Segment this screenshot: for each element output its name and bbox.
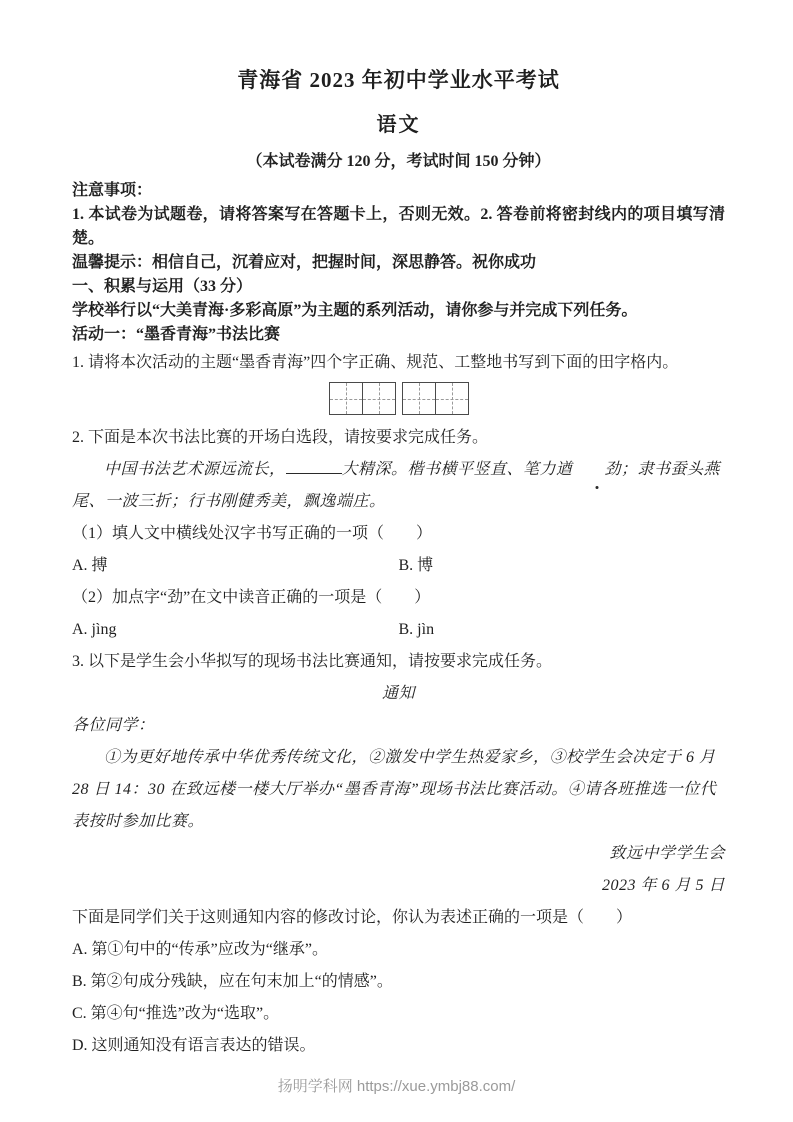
notice-date: 2023 年 6 月 5 日 <box>72 870 725 902</box>
tianzige-cell <box>362 383 395 414</box>
q2-passage: 中国书法艺术源远流长，大精深。楷书横平竖直、笔力遒劲；隶书蚕头燕尾、一波三折；行… <box>72 454 725 518</box>
question-2-sub2-text: （2）加点字“劲”在文中读音正确的一项是（ ） <box>72 582 725 614</box>
notices-heading: 注意事项： <box>72 179 725 203</box>
passage-part2: 大精深。楷书横平竖直、笔力遒 <box>342 461 573 478</box>
passage-part1: 中国书法艺术源远流长， <box>104 461 286 478</box>
exam-paper: 青海省 2023 年初中学业水平考试 语文 （本试卷满分 120 分，考试时间 … <box>0 0 793 1062</box>
tianzige-cell <box>435 383 468 414</box>
notice-title: 通知 <box>72 678 725 710</box>
watermark-footer: 扬明学科网 https://xue.ymbj88.com/ <box>0 1075 793 1096</box>
paper-subject: 语文 <box>72 108 725 137</box>
notice-salutation: 各位同学： <box>72 710 725 742</box>
q2-sub2-option-a: A. jìng <box>72 614 399 646</box>
question-3-option-d: D. 这则通知没有语言表达的错误。 <box>72 1030 725 1062</box>
tianzige-cell <box>330 383 362 414</box>
question-3-option-a: A. 第①句中的“传承”应改为“继承”。 <box>72 934 725 966</box>
question-3-option-b: B. 第②句成分残缺，应在句末加上“的情感”。 <box>72 966 725 998</box>
q2-sub1-options: A. 搏 B. 博 <box>72 550 725 582</box>
tianzige-grid <box>72 382 725 415</box>
paper-info: （本试卷满分 120 分，考试时间 150 分钟） <box>72 148 725 171</box>
tianzige-cell <box>403 383 435 414</box>
notice-signature: 致远中学学生会 <box>72 838 725 870</box>
q2-sub1-option-b: B. 博 <box>399 550 726 582</box>
blank-underline <box>286 459 342 474</box>
q2-sub2-option-b: B. jìn <box>399 614 726 646</box>
question-2-text: 2. 下面是本次书法比赛的开场白选段，请按要求完成任务。 <box>72 422 725 454</box>
passage-emphasized-char: 劲 <box>573 454 622 486</box>
tianzige-group <box>329 382 396 415</box>
question-area: 1. 请将本次活动的主题“墨香青海”四个字正确、规范、工整地书写到下面的田字格内… <box>72 347 725 1062</box>
question-1-text: 1. 请将本次活动的主题“墨香青海”四个字正确、规范、工整地书写到下面的田字格内… <box>72 347 725 379</box>
question-3-question: 下面是同学们关于这则通知内容的修改讨论，你认为表述正确的一项是（ ） <box>72 902 725 934</box>
notice-document: 通知 各位同学： ①为更好地传承中华优秀传统文化，②激发中学生热爱家乡，③校学生… <box>72 678 725 902</box>
tianzige-group <box>402 382 469 415</box>
q2-sub1-option-a: A. 搏 <box>72 550 399 582</box>
paper-title: 青海省 2023 年初中学业水平考试 <box>72 64 725 94</box>
notices-items: 1. 本试卷为试题卷，请将答案写在答题卡上，否则无效。2. 答卷前将密封线内的项… <box>72 203 725 251</box>
q2-sub2-options: A. jìng B. jìn <box>72 614 725 646</box>
question-3-text: 3. 以下是学生会小华拟写的现场书法比赛通知，请按要求完成任务。 <box>72 646 725 678</box>
question-2-sub1-text: （1）填人文中横线处汉字书写正确的一项（ ） <box>72 518 725 550</box>
notices-tip: 温馨提示：相信自己，沉着应对，把握时间，深思静答。祝你成功 <box>72 251 725 275</box>
notice-block: 注意事项： 1. 本试卷为试题卷，请将答案写在答题卡上，否则无效。2. 答卷前将… <box>72 179 725 347</box>
section1-heading: 一、积累与运用（33 分） <box>72 275 725 299</box>
notice-body: ①为更好地传承中华优秀传统文化，②激发中学生热爱家乡，③校学生会决定于 6 月 … <box>72 742 725 838</box>
question-3-option-c: C. 第④句“推选”改为“选取”。 <box>72 998 725 1030</box>
section1-activity: 活动一：“墨香青海”书法比赛 <box>72 323 725 347</box>
section1-intro: 学校举行以“大美青海·多彩高原”为主题的系列活动，请你参与并完成下列任务。 <box>72 299 725 323</box>
